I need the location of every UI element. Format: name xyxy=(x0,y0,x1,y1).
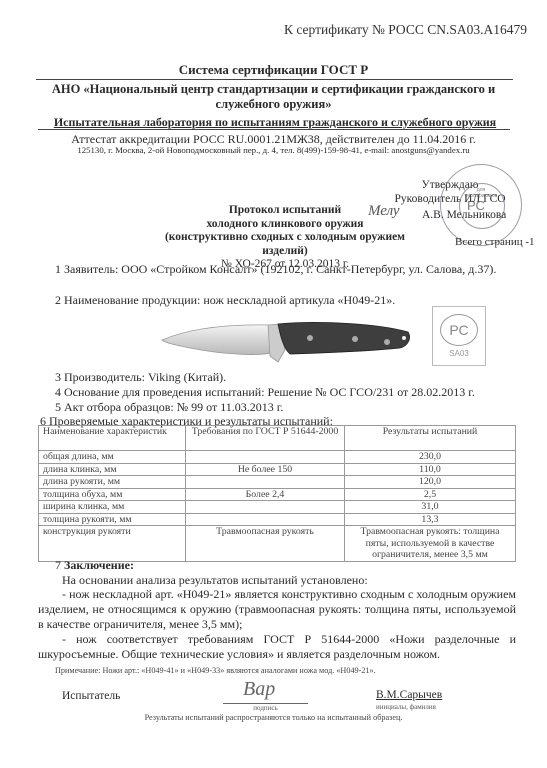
divider xyxy=(36,79,513,80)
table-cell: ширина клинка, мм xyxy=(39,501,186,514)
table-cell xyxy=(186,501,345,514)
table-header-row: Наименование характеристик Требования по… xyxy=(39,426,516,451)
test-basis: 4 Основание для проведения испытаний: Ре… xyxy=(55,385,475,400)
manufacturer: 3 Производитель: Viking (Китай). xyxy=(55,370,226,385)
table-header: Требования по ГОСТ Р 51644-2000 xyxy=(186,426,345,451)
table-cell: 110,0 xyxy=(345,463,516,476)
table-cell: 31,0 xyxy=(345,501,516,514)
table-cell: 230,0 xyxy=(345,451,516,464)
rst-mark-icon: РС SA03 xyxy=(432,306,486,366)
conclusion-intro: На основании анализа результатов испытан… xyxy=(62,573,368,588)
table-cell: длина клинка, мм xyxy=(39,463,186,476)
note: Примечание: Ножи арт.: «Н049-41» и «Н049… xyxy=(55,666,376,675)
table-row: длина клинка, мм Не более 150 110,0 xyxy=(39,463,516,476)
conclusion-point-1: - нож нескладной арт. «Н049-21» является… xyxy=(38,587,516,632)
table-cell: конструкция рукояти xyxy=(39,526,186,562)
table-cell: 2,5 xyxy=(345,488,516,501)
knife-image xyxy=(150,310,420,370)
table-cell: общая длина, мм xyxy=(39,451,186,464)
product-name: 2 Наименование продукции: нож нескладной… xyxy=(55,293,395,308)
signature-caption: подпись xyxy=(223,704,308,712)
table-row: толщина обуха, мм Более 2,4 2,5 xyxy=(39,488,516,501)
table-cell: толщина обуха, мм xyxy=(39,488,186,501)
conclusion-heading: 7 Заключение: xyxy=(55,558,134,573)
table-row: конструкция рукояти Травмоопасная рукоят… xyxy=(39,526,516,562)
table-row: длина рукояти, мм 120,0 xyxy=(39,476,516,489)
tester-signature: Вар xyxy=(243,678,275,701)
protocol-subtitle2: (конструктивно сходных с холодным оружие… xyxy=(150,231,420,258)
table-cell xyxy=(186,476,345,489)
results-table: Наименование характеристик Требования по… xyxy=(38,425,516,562)
rst-code: SA03 xyxy=(433,349,485,358)
table-cell: 120,0 xyxy=(345,476,516,489)
table-cell: Травмоопасная рукоять: толщина пяты, исп… xyxy=(345,526,516,562)
table-cell: длина рукояти, мм xyxy=(39,476,186,489)
applicant: 1 Заявитель: ООО «Стройком Консалт» (192… xyxy=(38,262,516,277)
conclusion-number: 7 xyxy=(55,558,64,572)
tester-label: Испытатель xyxy=(62,690,120,702)
table-row: толщина рукояти, мм 13,3 xyxy=(39,513,516,526)
table-cell xyxy=(186,451,345,464)
laboratory-name: Испытательная лаборатория по испытаниям … xyxy=(40,115,510,130)
tester-name: В.М.Сарычев xyxy=(376,689,442,701)
stamp-icon: для сертификатов РС xyxy=(440,164,522,246)
system-title: Система сертификации ГОСТ Р xyxy=(0,62,547,78)
tester-name-caption: инициалы, фамилия xyxy=(376,703,436,711)
table-cell xyxy=(186,513,345,526)
approver-name: А.В. Мельникова xyxy=(422,209,506,221)
table-cell: Не более 150 xyxy=(186,463,345,476)
footer-note: Результаты испытаний распространяются то… xyxy=(0,713,547,722)
organization-name: АНО «Национальный центр стандартизации и… xyxy=(20,82,527,112)
protocol-title: Протокол испытаний xyxy=(150,204,420,218)
table-row: ширина клинка, мм 31,0 xyxy=(39,501,516,514)
table-row: общая длина, мм 230,0 xyxy=(39,451,516,464)
certificate-reference: К сертификату № РОСС CN.SA03.A16479 xyxy=(284,22,527,38)
total-pages: Всего страниц -1 xyxy=(455,236,535,248)
sampling-act: 5 Акт отбора образцов: № 99 от 11.03.201… xyxy=(55,400,283,415)
protocol-subtitle: холодного клинкового оружия xyxy=(150,218,420,232)
conclusion-point-2: - нож соответствует требованиям ГОСТ Р 5… xyxy=(38,632,516,662)
table-cell: толщина рукояти, мм xyxy=(39,513,186,526)
table-cell: Более 2,4 xyxy=(186,488,345,501)
table-header: Наименование характеристик xyxy=(39,426,186,451)
conclusion-title: Заключение: xyxy=(64,558,134,572)
address: 125130, г. Москва, 2-ой Новоподмосковный… xyxy=(0,145,547,155)
table-cell: 13,3 xyxy=(345,513,516,526)
table-header: Результаты испытаний xyxy=(345,426,516,451)
rst-logo: РС xyxy=(440,314,478,346)
table-cell: Травмоопасная рукоять xyxy=(186,526,345,562)
